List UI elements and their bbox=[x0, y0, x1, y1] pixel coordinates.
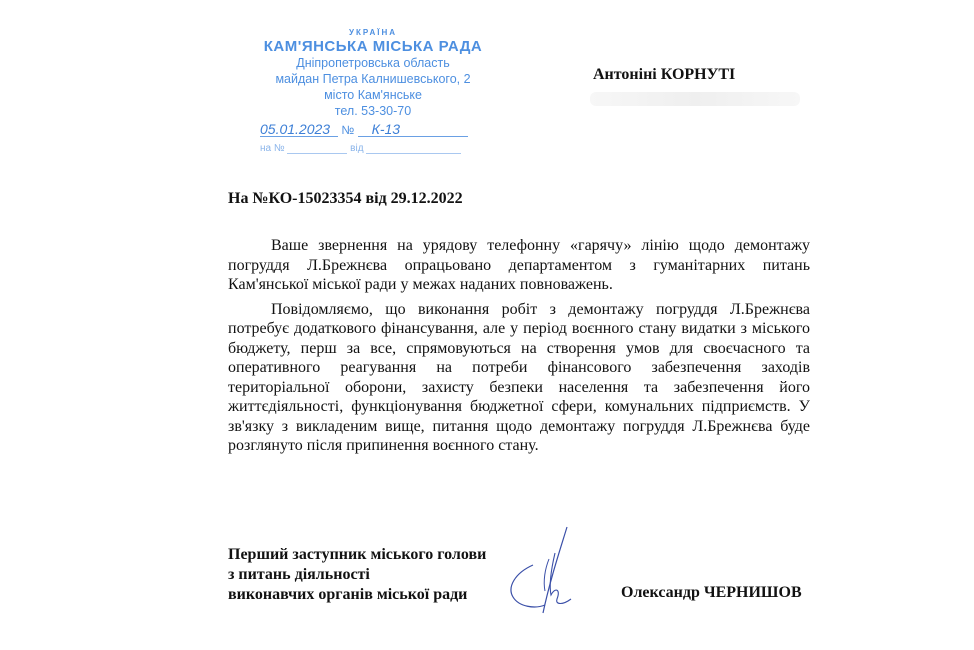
stamp-from-field bbox=[366, 141, 461, 154]
redacted-address bbox=[590, 92, 800, 106]
stamp-phone: тел. 53-30-70 bbox=[248, 103, 498, 119]
stamp-number-field: К-13 bbox=[358, 121, 468, 137]
stamp-in-reply-label: на № bbox=[260, 143, 285, 154]
stamp-date: 05.01.2023 bbox=[260, 121, 330, 137]
reference-line: На №КО-15023354 від 29.12.2022 bbox=[228, 190, 463, 208]
stamp-date-field: 05.01.2023 bbox=[260, 121, 338, 137]
letter-page: УКРАЇНА КАМ'ЯНСЬКА МІСЬКА РАДА Дніпропет… bbox=[0, 0, 974, 650]
stamp-address: майдан Петра Калнишевського, 2 bbox=[248, 71, 498, 87]
body-paragraph: Ваше звернення на урядову телефонну «гар… bbox=[228, 236, 810, 295]
signer-name: Олександр ЧЕРНИШОВ bbox=[621, 584, 802, 602]
stamp-in-reply-field bbox=[287, 141, 347, 154]
body-paragraph: Повідомляємо, що виконання робіт з демон… bbox=[228, 300, 810, 456]
signatory-title-line: з питань діяльності bbox=[228, 565, 486, 585]
stamp-country: УКРАЇНА bbox=[248, 28, 498, 38]
stamp-number-label: № bbox=[341, 123, 354, 137]
signatory-title: Перший заступник міського голови з питан… bbox=[228, 545, 486, 605]
stamp-registration-line: 05.01.2023 № К-13 bbox=[248, 121, 498, 139]
stamp-region: Дніпропетровська область bbox=[248, 55, 498, 71]
letter-body: Ваше звернення на урядову телефонну «гар… bbox=[228, 236, 810, 461]
stamp-from-label: від bbox=[350, 143, 363, 154]
stamp-council: КАМ'ЯНСЬКА МІСЬКА РАДА bbox=[248, 38, 498, 55]
addressee-name: Антоніні КОРНУТІ bbox=[593, 66, 735, 84]
handwritten-signature-icon bbox=[505, 525, 595, 620]
registration-stamp: УКРАЇНА КАМ'ЯНСЬКА МІСЬКА РАДА Дніпропет… bbox=[248, 28, 498, 159]
stamp-city: місто Кам'янське bbox=[248, 87, 498, 103]
signatory-title-line: Перший заступник міського голови bbox=[228, 545, 486, 565]
signatory-title-line: виконавчих органів міської ради bbox=[228, 585, 486, 605]
stamp-number: К-13 bbox=[372, 121, 401, 137]
stamp-reply-line: на № від bbox=[248, 141, 498, 159]
